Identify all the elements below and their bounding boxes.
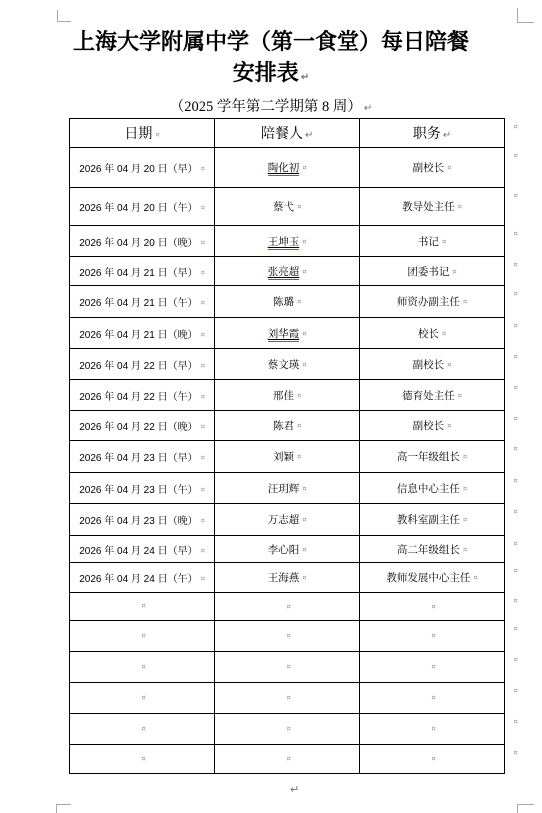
duty-text: 信息中心主任 — [397, 483, 460, 495]
cell-date[interactable]: 2026 年 04 月 22 日（午）¤ — [70, 380, 215, 411]
person-text: 刘华霞 — [268, 328, 300, 342]
table-header-row: 日期¤ 陪餐人↵ 职务↵¤ — [70, 119, 505, 148]
row-end-mark-icon: ¤ — [514, 322, 518, 330]
cell-duty[interactable]: 副校长¤¤ — [360, 349, 505, 380]
duty-text: 副校长 — [413, 162, 445, 174]
cell-end-mark-icon: ¤ — [458, 203, 462, 211]
row-end-mark-icon: ¤ — [514, 290, 518, 298]
row-end-mark-icon: ¤ — [514, 540, 518, 548]
cell-end-mark-icon: ¤ — [201, 299, 205, 307]
cell-person[interactable]: ¤ — [215, 652, 360, 683]
pilcrow-icon: ↵ — [301, 72, 309, 83]
table-row: 2026 年 04 月 22 日（早）¤蔡文瑛¤副校长¤¤ — [70, 349, 505, 380]
cell-end-mark-icon: ¤ — [431, 663, 435, 671]
table-row: 2026 年 04 月 23 日（晚）¤万志超¤教科室副主任¤¤ — [70, 504, 505, 536]
duty-text: 教师发展中心主任 — [386, 572, 470, 584]
person-text: 蔡弋 — [273, 201, 294, 213]
person-text: 万志超 — [268, 514, 300, 526]
duty-text: 高二年级组长 — [397, 544, 460, 556]
word-document-page: 上海大学附属中学（第一食堂）每日陪餐 安排表↵ （2025 学年第二学期第 8 … — [0, 0, 542, 813]
cell-end-mark-icon: ¤ — [286, 725, 290, 733]
cell-date[interactable]: 2026 年 04 月 20 日（午）¤ — [70, 188, 215, 226]
cell-duty[interactable]: 副校长¤¤ — [360, 411, 505, 441]
cell-duty[interactable]: 高一年级组长¤¤ — [360, 441, 505, 473]
cell-end-mark-icon: ¤ — [286, 755, 290, 763]
date-text: 2026 年 04 月 22 日（午） — [79, 392, 197, 403]
table-row: 2026 年 04 月 22 日（晚）¤陈君¤副校长¤¤ — [70, 411, 505, 441]
cell-end-mark-icon: ¤ — [302, 238, 306, 246]
date-text: 2026 年 04 月 21 日（晚） — [79, 330, 197, 341]
cell-end-mark-icon: ¤ — [201, 165, 205, 173]
person-text: 陶化初 — [268, 162, 300, 176]
text-boundary-corner-mark — [57, 10, 71, 22]
cell-duty[interactable]: 信息中心主任¤¤ — [360, 473, 505, 504]
cell-date[interactable]: ¤ — [70, 652, 215, 683]
cell-duty[interactable]: 校长¤¤ — [360, 318, 505, 349]
row-end-mark-icon: ¤ — [514, 192, 518, 200]
cell-end-mark-icon: ¤ — [463, 298, 467, 306]
cell-end-mark-icon: ¤ — [463, 453, 467, 461]
cell-end-mark-icon: ¤ — [141, 755, 145, 763]
cell-person[interactable]: 张亮超¤ — [215, 257, 360, 286]
duty-text: 团委书记 — [407, 266, 449, 278]
cell-end-mark-icon: ¤ — [201, 269, 205, 277]
cell-end-mark-icon: ¤ — [447, 164, 451, 172]
cell-end-mark-icon: ¤ — [302, 361, 306, 369]
date-text: 2026 年 04 月 21 日（午） — [79, 298, 197, 309]
cell-person[interactable]: 蔡文瑛¤ — [215, 349, 360, 380]
header-date[interactable]: 日期¤ — [70, 119, 215, 148]
cell-end-mark-icon: ¤ — [302, 164, 306, 172]
cell-end-mark-icon: ¤ — [431, 632, 435, 640]
row-end-mark-icon: ¤ — [514, 687, 518, 695]
cell-person[interactable]: 陶化初¤ — [215, 148, 360, 188]
row-end-mark-icon: ¤ — [514, 123, 518, 131]
cell-end-mark-icon: ¤ — [302, 546, 306, 554]
cell-end-mark-icon: ¤ — [447, 361, 451, 369]
cell-end-mark-icon: ¤ — [201, 331, 205, 339]
cell-end-mark-icon: ¤ — [302, 574, 306, 582]
cell-date[interactable]: 2026 年 04 月 21 日（晚）¤ — [70, 318, 215, 349]
cell-duty[interactable]: ¤¤ — [360, 745, 505, 774]
table-row: 2026 年 04 月 21 日（早）¤张亮超¤团委书记¤¤ — [70, 257, 505, 286]
duty-text: 书记 — [418, 236, 439, 248]
table-row: ¤¤¤¤ — [70, 652, 505, 683]
cell-end-mark-icon: ¤ — [201, 547, 205, 555]
table-row: 2026 年 04 月 23 日（午）¤汪玥辉¤信息中心主任¤¤ — [70, 473, 505, 504]
text-boundary-corner-mark — [517, 8, 534, 23]
person-text: 陈璐 — [273, 296, 294, 308]
duty-text: 教科室副主任 — [397, 514, 460, 526]
cell-duty[interactable]: 师资办副主任¤¤ — [360, 286, 505, 318]
cell-end-mark-icon: ¤ — [463, 546, 467, 554]
date-text: 2026 年 04 月 20 日（午） — [79, 203, 197, 214]
cell-end-mark-icon: ¤ — [201, 575, 205, 583]
cell-end-mark-icon: ¤ — [442, 330, 446, 338]
cell-end-mark-icon: ¤ — [201, 423, 205, 431]
duty-text: 副校长 — [413, 359, 445, 371]
person-text: 刘颖 — [273, 451, 294, 463]
cell-end-mark-icon: ¤ — [463, 485, 467, 493]
cell-date[interactable]: 2026 年 04 月 24 日（早）¤ — [70, 536, 215, 563]
cell-date[interactable]: 2026 年 04 月 22 日（早）¤ — [70, 349, 215, 380]
pilcrow-icon: ↵ — [305, 130, 313, 141]
cell-duty[interactable]: 德育处主任¤¤ — [360, 380, 505, 411]
cell-end-mark-icon: ¤ — [201, 204, 205, 212]
cell-end-mark-icon: ¤ — [302, 485, 306, 493]
cell-date[interactable]: 2026 年 04 月 23 日（午）¤ — [70, 473, 215, 504]
row-end-mark-icon: ¤ — [514, 625, 518, 633]
cell-end-mark-icon: ¤ — [297, 392, 301, 400]
cell-date[interactable]: 2026 年 04 月 20 日（晚）¤ — [70, 226, 215, 257]
header-duty[interactable]: 职务↵¤ — [360, 119, 505, 148]
cell-duty[interactable]: ¤¤ — [360, 714, 505, 745]
row-end-mark-icon: ¤ — [514, 353, 518, 361]
table-row: ¤¤¤¤ — [70, 683, 505, 714]
duty-text: 校长 — [418, 328, 439, 340]
date-text: 2026 年 04 月 23 日（早） — [79, 453, 197, 464]
cell-end-mark-icon: ¤ — [302, 268, 306, 276]
table-row: 2026 年 04 月 24 日（早）¤李心阳¤高二年级组长¤¤ — [70, 536, 505, 563]
cell-duty[interactable]: 团委书记¤¤ — [360, 257, 505, 286]
cell-end-mark-icon: ¤ — [201, 362, 205, 370]
cell-date[interactable]: 2026 年 04 月 24 日（午）¤ — [70, 563, 215, 593]
cell-duty[interactable]: ¤¤ — [360, 683, 505, 714]
cell-end-mark-icon: ¤ — [442, 238, 446, 246]
table-row: 2026 年 04 月 23 日（早）¤刘颖¤高一年级组长¤¤ — [70, 441, 505, 473]
date-text: 2026 年 04 月 20 日（晚） — [79, 238, 197, 249]
cell-person[interactable]: 刘华霞¤ — [215, 318, 360, 349]
cell-duty[interactable]: 高二年级组长¤¤ — [360, 536, 505, 563]
cell-end-mark-icon: ¤ — [431, 755, 435, 763]
person-text: 张亮超 — [268, 266, 300, 280]
table-row: 2026 年 04 月 21 日（晚）¤刘华霞¤校长¤¤ — [70, 318, 505, 349]
cell-duty[interactable]: ¤¤ — [360, 621, 505, 652]
cell-duty[interactable]: 副校长¤¤ — [360, 148, 505, 188]
cell-end-mark-icon: ¤ — [452, 268, 456, 276]
cell-end-mark-icon: ¤ — [463, 516, 467, 524]
row-end-mark-icon: ¤ — [514, 567, 518, 575]
person-text: 汪玥辉 — [268, 483, 300, 495]
cell-end-mark-icon: ¤ — [431, 603, 435, 611]
cell-person[interactable]: ¤ — [215, 593, 360, 621]
date-text: 2026 年 04 月 22 日（晚） — [79, 422, 197, 433]
cell-end-mark-icon: ¤ — [286, 603, 290, 611]
date-text: 2026 年 04 月 21 日（早） — [79, 268, 197, 279]
row-end-mark-icon: ¤ — [514, 749, 518, 757]
cell-date[interactable]: ¤ — [70, 745, 215, 774]
date-text: 2026 年 04 月 24 日（午） — [79, 574, 197, 585]
cell-end-mark-icon: ¤ — [141, 602, 145, 610]
cell-person[interactable]: 陈君¤ — [215, 411, 360, 441]
cell-date[interactable]: ¤ — [70, 593, 215, 621]
duty-text: 师资办副主任 — [397, 296, 460, 308]
cell-duty[interactable]: ¤¤ — [360, 652, 505, 683]
table-row: ¤¤¤¤ — [70, 714, 505, 745]
person-text: 王海燕 — [268, 572, 300, 584]
cell-person[interactable]: 陈璐¤ — [215, 286, 360, 318]
date-text: 2026 年 04 月 24 日（早） — [79, 546, 197, 557]
table-row: 2026 年 04 月 20 日（午）¤蔡弋¤教导处主任¤¤ — [70, 188, 505, 226]
cell-end-mark-icon: ¤ — [141, 663, 145, 671]
cell-person[interactable]: ¤ — [215, 745, 360, 774]
cell-end-mark-icon: ¤ — [458, 392, 462, 400]
cell-person[interactable]: 刘颖¤ — [215, 441, 360, 473]
cell-person[interactable]: 蔡弋¤ — [215, 188, 360, 226]
date-text: 2026 年 04 月 23 日（午） — [79, 485, 197, 496]
row-end-mark-icon: ¤ — [514, 597, 518, 605]
cell-date[interactable]: ¤ — [70, 683, 215, 714]
table-row: 2026 年 04 月 20 日（早）¤陶化初¤副校长¤¤ — [70, 148, 505, 188]
cell-date[interactable]: 2026 年 04 月 21 日（早）¤ — [70, 257, 215, 286]
cell-end-mark-icon: ¤ — [201, 239, 205, 247]
cell-person[interactable]: 王坤玉¤ — [215, 226, 360, 257]
table-row: ¤¤¤¤ — [70, 621, 505, 652]
schedule-table-body: 日期¤ 陪餐人↵ 职务↵¤ 2026 年 04 月 20 日（早）¤陶化初¤副校… — [70, 119, 505, 774]
cell-date[interactable]: 2026 年 04 月 23 日（晚）¤ — [70, 504, 215, 536]
cell-duty[interactable]: ¤¤ — [360, 593, 505, 621]
duty-text: 副校长 — [413, 420, 445, 432]
cell-person[interactable]: 汪玥辉¤ — [215, 473, 360, 504]
text-boundary-corner-mark — [56, 804, 71, 813]
person-text: 邢佳 — [273, 390, 294, 402]
date-text: 2026 年 04 月 23 日（晚） — [79, 516, 197, 527]
cell-duty[interactable]: 书记¤¤ — [360, 226, 505, 257]
cell-end-mark-icon: ¤ — [431, 694, 435, 702]
date-text: 2026 年 04 月 22 日（早） — [79, 361, 197, 372]
cell-end-mark-icon: ¤ — [297, 203, 301, 211]
person-text: 王坤玉 — [268, 236, 300, 250]
cell-duty[interactable]: 教导处主任¤¤ — [360, 188, 505, 226]
cell-end-mark-icon: ¤ — [201, 393, 205, 401]
cell-date[interactable]: ¤ — [70, 621, 215, 652]
cell-end-mark-icon: ¤ — [297, 298, 301, 306]
document-subtitle[interactable]: （2025 学年第二学期第 8 周）↵ — [0, 95, 542, 116]
cell-end-mark-icon: ¤ — [447, 422, 451, 430]
cell-date[interactable]: 2026 年 04 月 22 日（晚）¤ — [70, 411, 215, 441]
title-line-2: 安排表↵ — [0, 57, 542, 93]
table-row: ¤¤¤¤ — [70, 745, 505, 774]
cell-date[interactable]: 2026 年 04 月 23 日（早）¤ — [70, 441, 215, 473]
row-end-mark-icon: ¤ — [514, 508, 518, 516]
table-row: ¤¤¤¤ — [70, 593, 505, 621]
cell-end-mark-icon: ¤ — [141, 632, 145, 640]
cell-end-mark-icon: ¤ — [431, 725, 435, 733]
cell-date[interactable]: ¤ — [70, 714, 215, 745]
row-end-mark-icon: ¤ — [514, 718, 518, 726]
cell-end-mark-icon: ¤ — [286, 632, 290, 640]
cell-end-mark-icon: ¤ — [141, 694, 145, 702]
cell-duty[interactable]: 教科室副主任¤¤ — [360, 504, 505, 536]
title-line-1: 上海大学附属中学（第一食堂）每日陪餐 — [0, 26, 542, 57]
table-row: 2026 年 04 月 24 日（午）¤王海燕¤教师发展中心主任¤¤ — [70, 563, 505, 593]
row-end-mark-icon: ¤ — [514, 445, 518, 453]
cell-end-mark-icon: ¤ — [201, 454, 205, 462]
cell-end-mark-icon: ¤ — [302, 516, 306, 524]
text-boundary-corner-mark — [517, 804, 534, 813]
meal-schedule-table: 日期¤ 陪餐人↵ 职务↵¤ 2026 年 04 月 20 日（早）¤陶化初¤副校… — [69, 118, 505, 774]
person-text: 李心阳 — [268, 544, 300, 556]
pilcrow-icon: ↵ — [443, 130, 451, 141]
duty-text: 教导处主任 — [402, 201, 455, 213]
header-person[interactable]: 陪餐人↵ — [215, 119, 360, 148]
cell-end-mark-icon: ¤ — [302, 330, 306, 338]
cell-person[interactable]: 万志超¤ — [215, 504, 360, 536]
pilcrow-icon: ↵ — [364, 103, 372, 114]
cell-person[interactable]: ¤ — [215, 683, 360, 714]
person-text: 陈君 — [273, 420, 294, 432]
document-title[interactable]: 上海大学附属中学（第一食堂）每日陪餐 安排表↵ — [0, 26, 542, 93]
cell-end-mark-icon: ¤ — [286, 663, 290, 671]
table-row: 2026 年 04 月 20 日（晚）¤王坤玉¤书记¤¤ — [70, 226, 505, 257]
cell-end-mark-icon: ¤ — [201, 517, 205, 525]
row-end-mark-icon: ¤ — [514, 477, 518, 485]
cell-person[interactable]: 李心阳¤ — [215, 536, 360, 563]
cell-end-mark-icon: ¤ — [201, 486, 205, 494]
cell-end-mark-icon: ¤ — [473, 574, 477, 582]
cell-duty[interactable]: 教师发展中心主任¤¤ — [360, 563, 505, 593]
row-end-mark-icon: ¤ — [514, 230, 518, 238]
cell-date[interactable]: 2026 年 04 月 20 日（早）¤ — [70, 148, 215, 188]
row-end-mark-icon: ¤ — [514, 415, 518, 423]
cell-end-mark-icon: ¤ — [141, 725, 145, 733]
duty-text: 德育处主任 — [402, 390, 455, 402]
row-end-mark-icon: ¤ — [514, 152, 518, 160]
cell-end-mark-icon: ¤ — [297, 422, 301, 430]
cell-date[interactable]: 2026 年 04 月 21 日（午）¤ — [70, 286, 215, 318]
cell-person[interactable]: 王海燕¤ — [215, 563, 360, 593]
cell-person[interactable]: 邢佳¤ — [215, 380, 360, 411]
pilcrow-icon: ↵ — [290, 783, 299, 796]
cell-person[interactable]: ¤ — [215, 621, 360, 652]
row-end-mark-icon: ¤ — [514, 384, 518, 392]
row-end-mark-icon: ¤ — [514, 656, 518, 664]
cell-person[interactable]: ¤ — [215, 714, 360, 745]
date-text: 2026 年 04 月 20 日（早） — [79, 164, 197, 175]
cell-end-mark-icon: ¤ — [297, 453, 301, 461]
table-row: 2026 年 04 月 21 日（午）¤陈璐¤师资办副主任¤¤ — [70, 286, 505, 318]
table-row: 2026 年 04 月 22 日（午）¤邢佳¤德育处主任¤¤ — [70, 380, 505, 411]
cell-end-mark-icon: ¤ — [286, 694, 290, 702]
person-text: 蔡文瑛 — [268, 359, 300, 371]
duty-text: 高一年级组长 — [397, 451, 460, 463]
cell-end-mark-icon: ¤ — [155, 131, 159, 139]
row-end-mark-icon: ¤ — [514, 261, 518, 269]
